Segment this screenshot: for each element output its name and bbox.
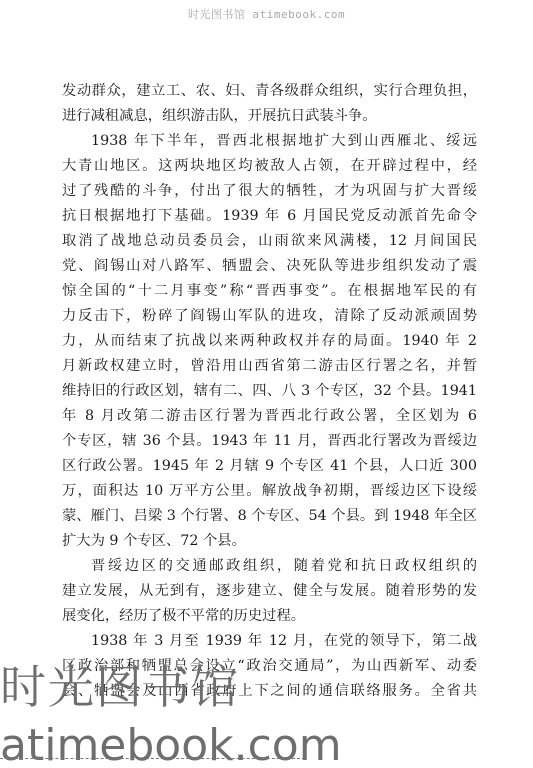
text-line: 大青山地区。这两块地区均被敌人占领，在开辟过程中，经 — [62, 154, 477, 179]
text-line: 年 8 月改第二游击区行署为晋西北行政公署，全区划为 6 — [62, 404, 477, 429]
text-line: 党、阎锡山对八路军、牺盟会、决死队等进步组织发动了震 — [62, 254, 477, 279]
paragraph-start-line: 1938 年 3 月至 1939 年 12 月，在党的领导下，第二战 — [62, 629, 477, 654]
text-line: 建立发展，从无到有，逐步建立、健全与发展。随着形势的发 — [62, 579, 477, 604]
paragraph-start-line: 1938 年下半年，晋西北根据地扩大到山西雁北、绥远 — [62, 129, 477, 154]
text-line: 月新政权建立时，曾沿用山西省第二游击区行署之名，并暂 — [62, 354, 477, 379]
text-line: 扩大为 9 个专区、72 个县。 — [62, 529, 477, 554]
dashed-underline — [0, 758, 305, 759]
document-body: 发动群众，建立工、农、妇、青各级群众组织，实行合理负担， 进行减租减息，组织游击… — [62, 79, 477, 704]
text-line: 力反击下，粉碎了阎锡山军队的进攻，清除了反动派顽固势 — [62, 304, 477, 329]
text-line: 惊全国的“十二月事变”称“晋西事变”。在根据地军民的有 — [62, 279, 477, 304]
text-line: 力，从而结束了抗战以来两种政权并存的局面。1940 年 2 — [62, 329, 477, 354]
text-line: 抗日根据地打下基础。1939 年 6 月国民党反动派首先命令 — [62, 204, 477, 229]
text-line: 蒙、雁门、吕梁 3 个行署、8 个专区、54 个县。到 1948 年全区 — [62, 504, 477, 529]
watermark-chinese: 时光图书馆 — [0, 662, 300, 714]
header-watermark: 时光图书馆 atimebook.com — [0, 6, 533, 22]
text-line: 万，面积达 10 万平方公里。解放战争初期，晋绥边区下设绥 — [62, 479, 477, 504]
paragraph-start-line: 晋绥边区的交通邮政组织，随着党和抗日政权组织的 — [62, 554, 477, 579]
watermark-english: atimebook.com — [0, 722, 342, 768]
text-line: 区行政公署。1945 年 2 月辖 9 个专区 41 个县，人口近 300 — [62, 454, 477, 479]
text-line: 维持旧的行政区划，辖有二、四、八 3 个专区，32 个县。1941 — [62, 379, 477, 404]
text-line: 个专区，辖 36 个县。1943 年 11 月，晋西北行署改为晋绥边 — [62, 429, 477, 454]
text-line: 过了残酷的斗争，付出了很大的牺牲，才为巩固与扩大晋绥 — [62, 179, 477, 204]
text-line: 展变化，经历了极不平常的历史过程。 — [62, 604, 477, 629]
text-line: 进行减租减息，组织游击队，开展抗日武装斗争。 — [62, 104, 477, 129]
text-line: 发动群众，建立工、农、妇、青各级群众组织，实行合理负担， — [62, 79, 477, 104]
text-line: 取消了战地总动员委员会，山雨欲来风满楼，12 月间国民 — [62, 229, 477, 254]
